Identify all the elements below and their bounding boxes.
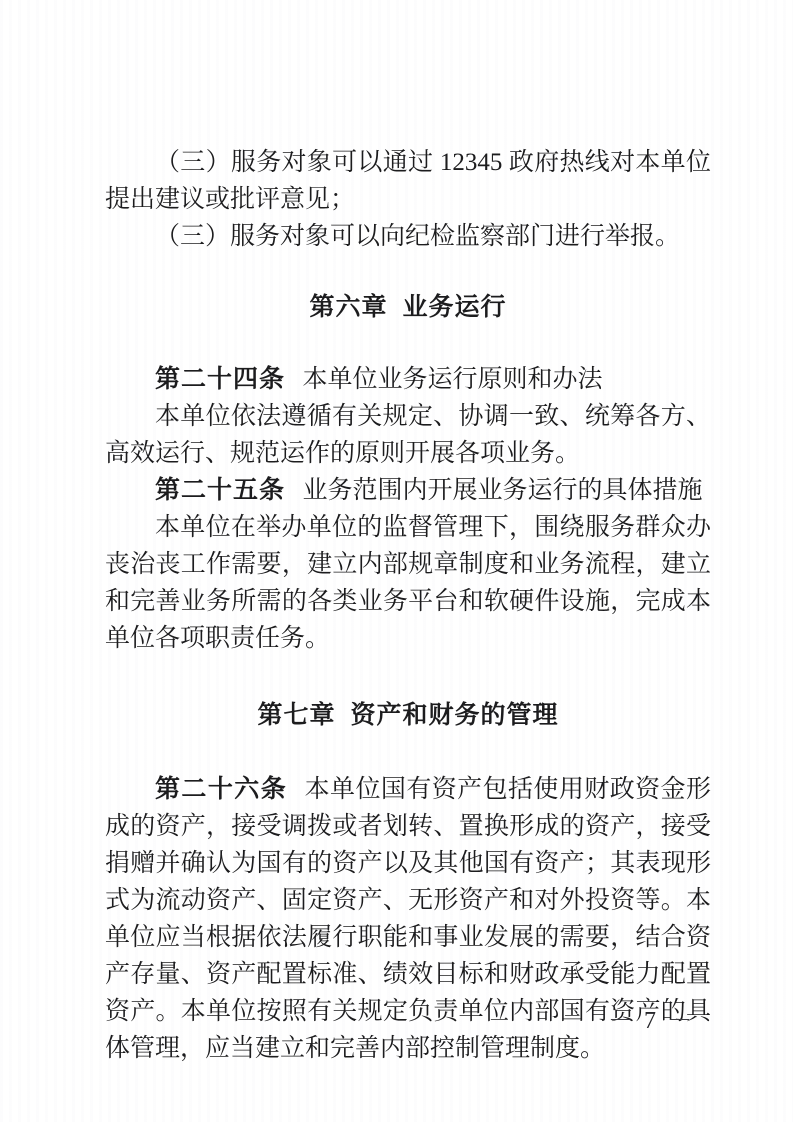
- article-25-title: 业务范围内开展业务运行的具体措施: [303, 477, 703, 504]
- article-26-number: 第二十六条: [155, 775, 287, 803]
- document-body: （三）服务对象可以通过 12345 政府热线对本单位提出建议或批评意见； （三）…: [105, 144, 711, 1067]
- chapter-six-heading: 第六章业务运行: [105, 289, 711, 326]
- chapter-six-label: 第六章: [309, 293, 387, 321]
- document-page: （三）服务对象可以通过 12345 政府热线对本单位提出建议或批评意见； （三）…: [0, 0, 793, 1122]
- chapter-seven-heading: 第七章资产和财务的管理: [105, 697, 711, 734]
- article-25-heading-line: 第二十五条业务范围内开展业务运行的具体措施: [105, 472, 711, 509]
- chapter-six-title: 业务运行: [403, 293, 507, 321]
- article-24-heading-line: 第二十四条本单位业务运行原则和办法: [105, 361, 711, 398]
- footer-dash-left: —: [611, 1006, 630, 1032]
- article-25-number: 第二十五条: [155, 476, 285, 504]
- article-24-number: 第二十四条: [155, 365, 285, 393]
- chapter-seven-title: 资产和财务的管理: [351, 701, 559, 729]
- chapter-seven-label: 第七章: [257, 701, 335, 729]
- paragraph-article-24-body: 本单位依法遵循有关规定、协调一致、统筹各方、高效运行、规范运作的原则开展各项业务…: [105, 398, 711, 472]
- paragraph-article-25-body: 本单位在举办单位的监督管理下，围绕服务群众办丧治丧工作需要，建立内部规章制度和业…: [105, 509, 711, 657]
- page-number: 7: [644, 1008, 656, 1034]
- article-24-title: 本单位业务运行原则和办法: [303, 366, 603, 393]
- footer-dash-right: —: [670, 1006, 689, 1032]
- paragraph-discipline-report: （三）服务对象可以向纪检监察部门进行举报。: [105, 218, 711, 255]
- page-footer: — 7 —: [611, 1008, 689, 1034]
- paragraph-feedback-hotline: （三）服务对象可以通过 12345 政府热线对本单位提出建议或批评意见；: [105, 144, 711, 218]
